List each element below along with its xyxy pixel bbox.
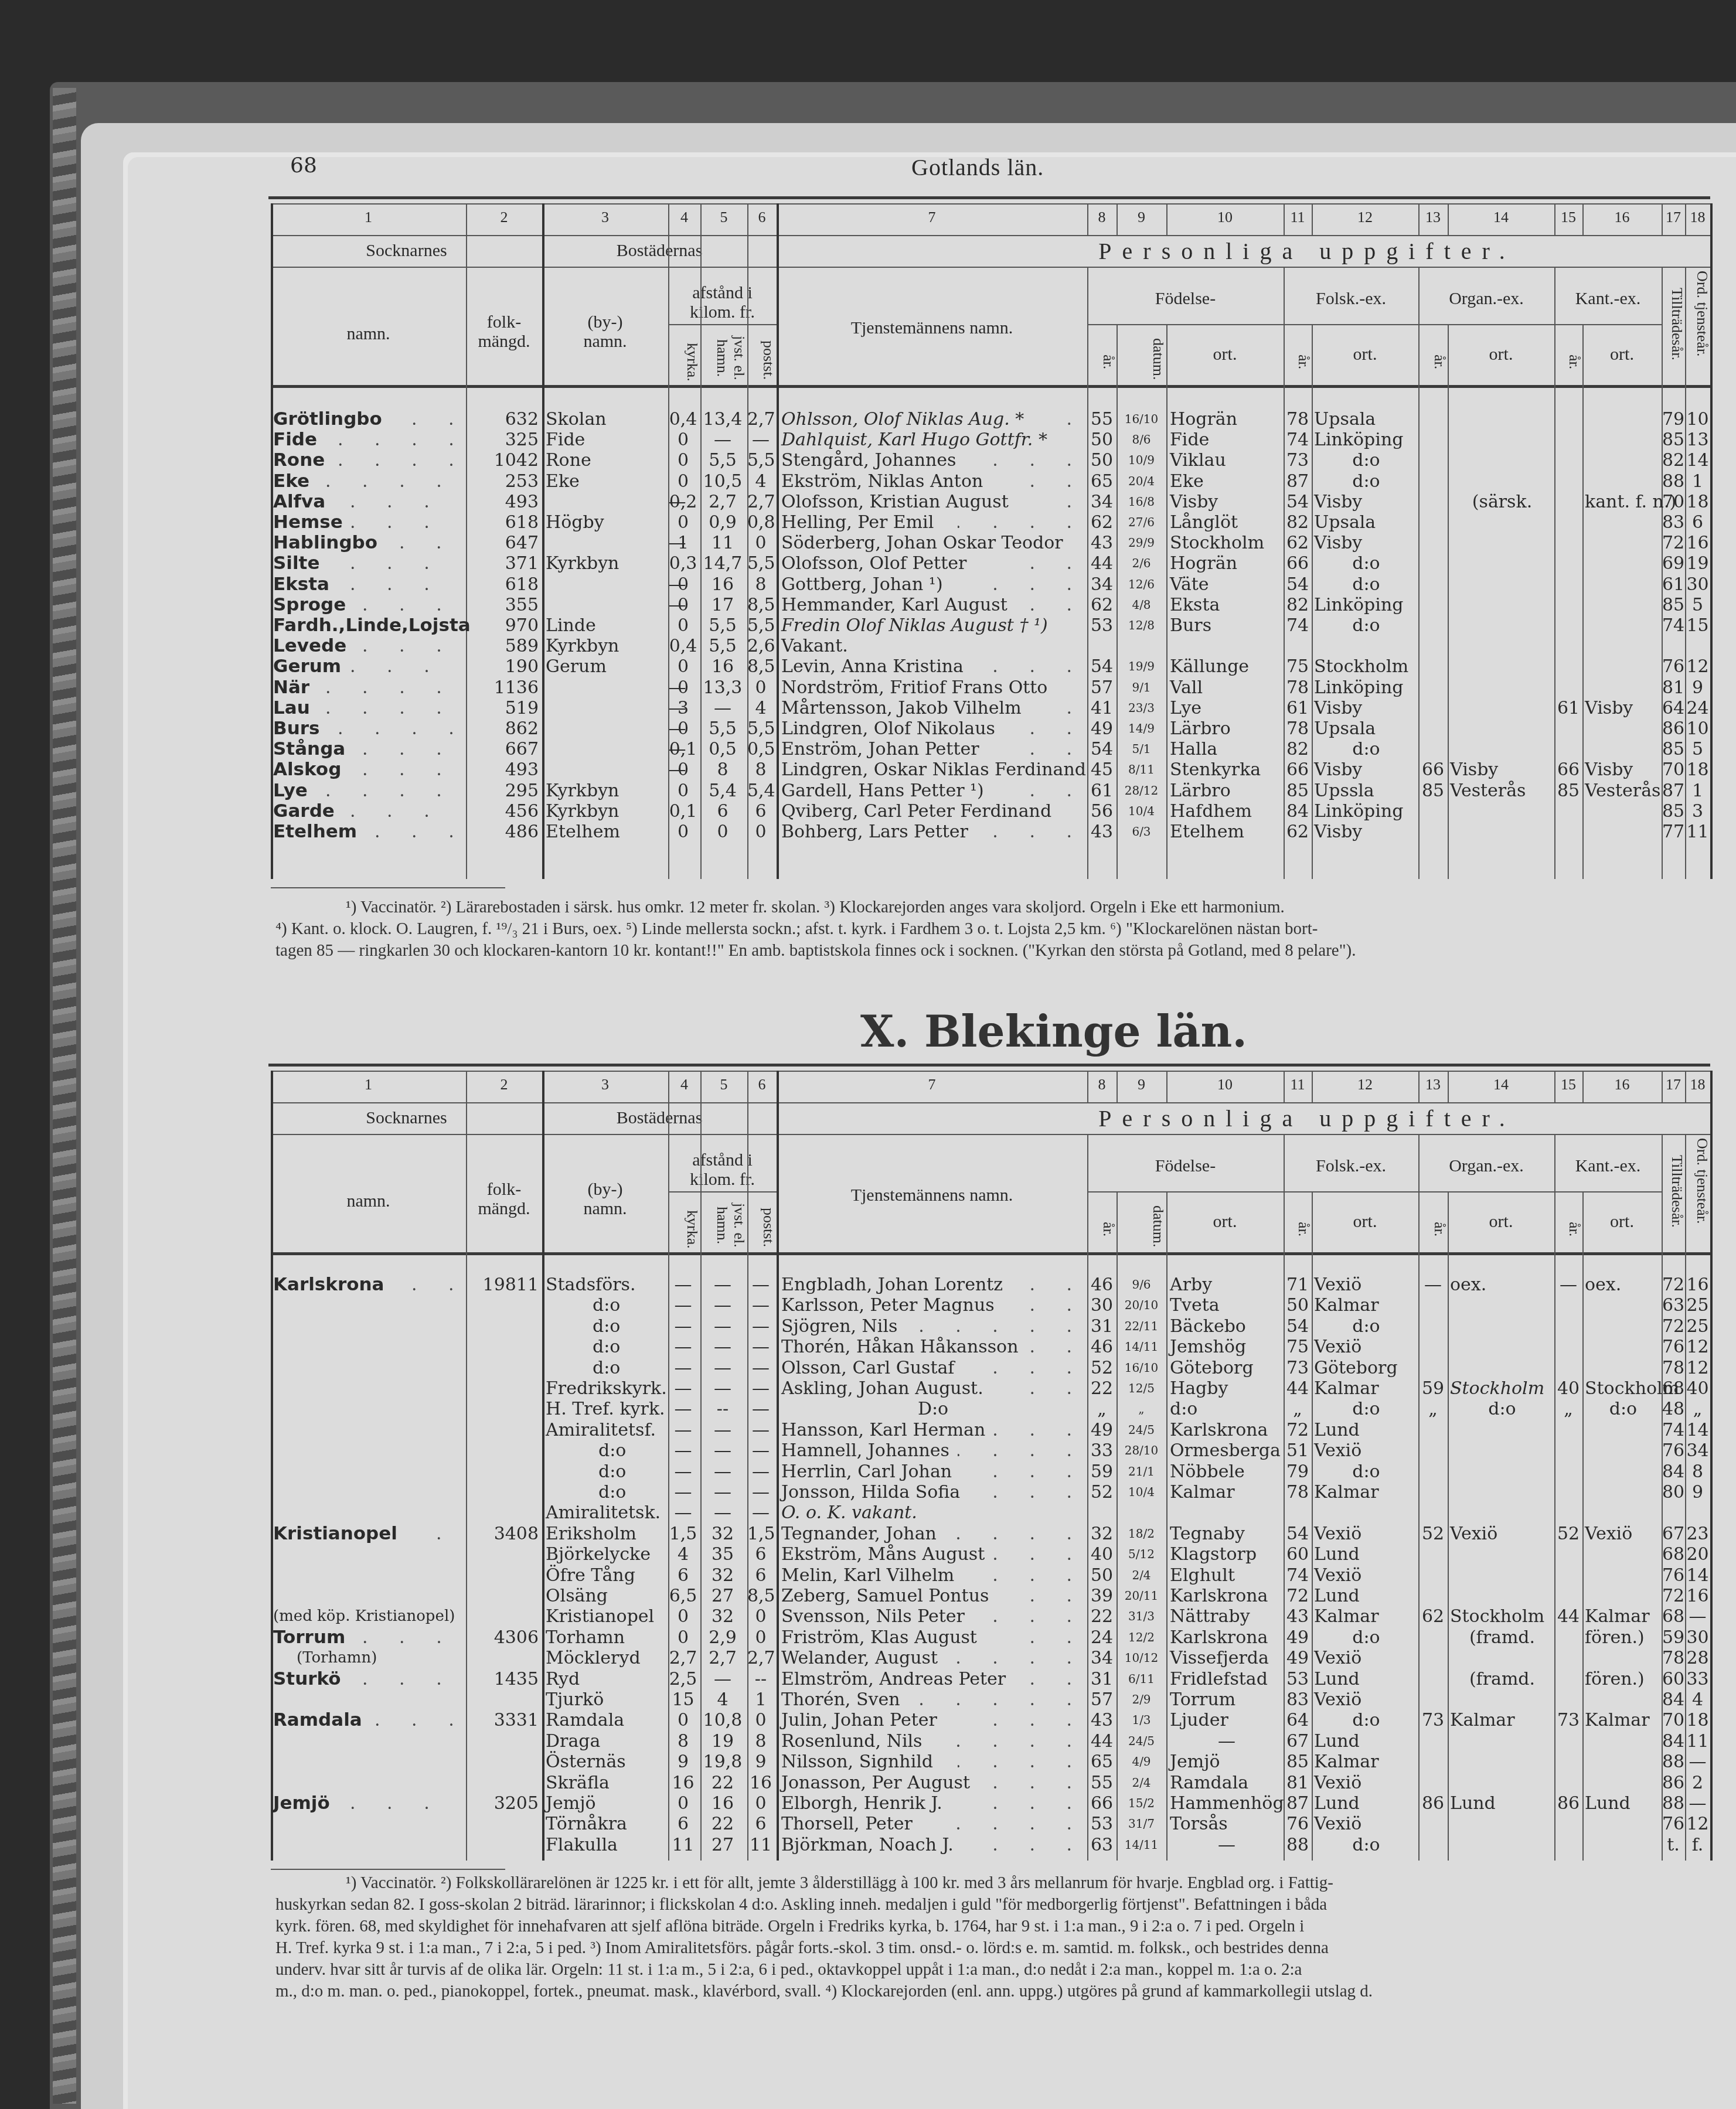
column-number: 1	[271, 209, 466, 226]
folksk-exam-place: Lund	[1314, 1669, 1418, 1689]
service-years: 18	[1685, 759, 1710, 780]
table-rule	[271, 1071, 1710, 1072]
column-number: 18	[1685, 209, 1710, 226]
birth-place	[1170, 1502, 1284, 1523]
folksk-exam-year: 87	[1284, 1793, 1312, 1814]
service-years: 12	[1685, 656, 1710, 677]
kant-exam-year: 52	[1554, 1524, 1582, 1544]
distance-railway: 10,8	[700, 1710, 745, 1730]
column-number: 5	[700, 1076, 747, 1093]
organ-exam-place: (särsk.	[1450, 492, 1554, 512]
birth-date: 9/1	[1117, 677, 1166, 698]
table-row: Alskog. . . . . . . . .493—088Lindgren, …	[0, 759, 1736, 780]
kant-exam-year	[1554, 1358, 1582, 1378]
distance-church: 11	[668, 1835, 698, 1855]
kant-exam-year	[1554, 1337, 1582, 1357]
table-row: d:o———Herrlin, Carl Johan. . . . . . . .…	[0, 1461, 1736, 1482]
folksk-exam-place	[1314, 636, 1418, 656]
distance-church: 0	[668, 471, 698, 492]
leader-dots: . . . . . . . . .	[325, 698, 460, 718]
table-row: Rone. . . . . . . . .1042Rone05,55,5Sten…	[0, 450, 1736, 471]
kant-exam-year	[1554, 1440, 1582, 1461]
folksk-exam-year: 82	[1284, 595, 1312, 615]
birth-date	[1117, 636, 1166, 656]
leader-dots: . . . . . . . . .	[350, 553, 460, 574]
table-row: (med köp. Kristianopel)Kristianopel0320S…	[0, 1606, 1736, 1627]
leader-dots: . . . . . . . . . . . . . .	[1006, 595, 1085, 615]
distance-railway: 32	[700, 1565, 745, 1586]
distance-church: —	[668, 1420, 698, 1440]
header-folkmangd: folk- mängd.	[466, 312, 542, 351]
distance-post: 2,7	[747, 409, 774, 430]
service-years: 8	[1685, 1461, 1710, 1482]
distance-church: 0	[668, 450, 698, 471]
birth-place: Jemjö	[1170, 1752, 1284, 1772]
kant-exam-place	[1585, 1440, 1662, 1461]
table-row: Silte. . . . . . . . .371Kyrkbyn0,314,75…	[0, 553, 1736, 574]
birth-date: 28/12	[1117, 781, 1166, 801]
distance-railway: 5,5	[700, 718, 745, 739]
footnote-line: kyrk. fören. 68, med skyldighet för inne…	[275, 1916, 1706, 1937]
folksk-exam-place: Vexiö	[1314, 1275, 1418, 1295]
birth-year	[1087, 1502, 1117, 1523]
kant-exam-place: Visby	[1585, 759, 1662, 780]
birth-place: Etelhem	[1170, 822, 1284, 842]
organ-exam-place	[1450, 1544, 1554, 1565]
distance-church: 1	[668, 533, 698, 553]
service-years: 25	[1685, 1295, 1710, 1316]
kant-exam-place: Lund	[1585, 1793, 1662, 1814]
distance-railway: 14,7	[700, 553, 745, 574]
population	[466, 1358, 539, 1378]
distance-post: —	[747, 1295, 774, 1316]
population: 618	[466, 512, 539, 533]
village-name: Torhamn	[546, 1627, 668, 1648]
kant-exam-place	[1585, 1586, 1662, 1606]
service-years: 5	[1685, 739, 1710, 759]
organ-exam-year: 66	[1418, 759, 1448, 780]
folksk-exam-place: Linköping	[1314, 430, 1418, 450]
village-name: Kristianopel	[546, 1606, 668, 1627]
organ-exam-place	[1450, 595, 1554, 615]
column-divider	[1554, 1071, 1555, 1102]
organ-exam-place: Lund	[1450, 1793, 1554, 1814]
distance-post: 6	[747, 1565, 774, 1586]
header-ar: år.	[1554, 342, 1582, 383]
header-ort: ort.	[1166, 345, 1284, 364]
population: 3205	[466, 1793, 539, 1814]
accession-year: 70	[1662, 492, 1685, 512]
birth-year: 62	[1087, 595, 1117, 615]
distance-railway: 32	[700, 1524, 745, 1544]
birth-year: 31	[1087, 1669, 1117, 1689]
kant-exam-place	[1585, 615, 1662, 636]
birth-place: Vissefjerda	[1170, 1648, 1284, 1668]
folksk-exam-place: Vexiö	[1314, 1565, 1418, 1586]
population: 618	[466, 574, 539, 595]
village-name: Kyrkbyn	[546, 801, 668, 822]
birth-place: Viklau	[1170, 450, 1284, 471]
kant-exam-place	[1585, 677, 1662, 698]
kant-exam-place: Visby	[1585, 698, 1662, 718]
header-kant-ex: Kant.-ex.	[1554, 1156, 1662, 1176]
table-row: Amiralitetsf.———Hansson, Karl Herman. . …	[0, 1420, 1736, 1440]
accession-year: 87	[1662, 781, 1685, 801]
birth-place: Burs	[1170, 615, 1284, 636]
distance-railway: 27	[700, 1586, 745, 1606]
distance-church: 0,2	[668, 492, 698, 512]
kant-exam-place: fören.)	[1585, 1627, 1662, 1648]
distance-railway: 5,5	[700, 450, 745, 471]
birth-place: Hogrän	[1170, 553, 1284, 574]
population	[466, 1731, 539, 1752]
leader-dots: . . . . . . . . . . . . . .	[977, 1565, 1085, 1586]
accession-year: 83	[1662, 512, 1685, 533]
service-years: 3	[1685, 801, 1710, 822]
distance-railway: —	[700, 1440, 745, 1461]
leader-dots: . . . . . . . . .	[362, 1627, 460, 1648]
distance-post: 5,5	[747, 450, 774, 471]
organ-exam-place	[1450, 698, 1554, 718]
distance-post: 6	[747, 1814, 774, 1834]
kant-exam-place	[1585, 409, 1662, 430]
organ-exam-place	[1450, 1358, 1554, 1378]
kant-exam-place	[1585, 718, 1662, 739]
organ-exam-place	[1450, 430, 1554, 450]
gotland-footnotes: ¹) Vaccinatör. ²) Lärarebostaden i särsk…	[275, 897, 1706, 962]
folksk-exam-place: Visby	[1314, 533, 1418, 553]
organ-exam-year	[1418, 450, 1448, 471]
header-datum: datum.	[1117, 330, 1166, 389]
distance-railway: 27	[700, 1835, 745, 1855]
population	[466, 1648, 539, 1668]
leader-dots: . . . . . . . . . . . . . .	[1016, 718, 1085, 739]
footnote-line: m., d:o m. man. o. ped., pianokoppel, fo…	[275, 1981, 1706, 2002]
distance-railway: 32	[700, 1606, 745, 1627]
birth-date: 8/11	[1117, 759, 1166, 780]
header-socknarnes: Socknarnes	[271, 1108, 542, 1127]
folksk-exam-year: 82	[1284, 512, 1312, 533]
birth-date: 9/6	[1117, 1275, 1166, 1295]
column-number: 6	[747, 1076, 777, 1093]
distance-railway: 16	[700, 574, 745, 595]
column-number: 17	[1662, 209, 1685, 226]
organ-exam-year	[1418, 1669, 1448, 1689]
accession-year: 68	[1662, 1544, 1685, 1565]
column-divider	[1087, 1071, 1088, 1102]
kant-exam-place	[1585, 801, 1662, 822]
distance-post: 0	[747, 533, 774, 553]
accession-year: 85	[1662, 595, 1685, 615]
leader-dots: . . . . . . . . . . . . . .	[996, 1586, 1085, 1606]
service-years: 12	[1685, 1814, 1710, 1834]
kant-exam-place	[1585, 1337, 1662, 1357]
distance-church: 0	[668, 1627, 698, 1648]
column-divider	[1418, 1071, 1420, 1102]
table-rule	[271, 887, 505, 888]
folksk-exam-year: 78	[1284, 677, 1312, 698]
organ-exam-place: (framd.	[1450, 1669, 1554, 1689]
service-years: 2	[1685, 1773, 1710, 1793]
leader-dots: . . . . . . . . .	[362, 739, 460, 759]
kant-exam-place	[1585, 533, 1662, 553]
folksk-exam-place: Visby	[1314, 822, 1418, 842]
kant-exam-place	[1585, 1502, 1662, 1523]
folksk-exam-place: Upsala	[1314, 718, 1418, 739]
folksk-exam-year: 78	[1284, 409, 1312, 430]
table-rule	[668, 1191, 777, 1193]
birth-year: 52	[1087, 1358, 1117, 1378]
organ-exam-place	[1450, 801, 1554, 822]
distance-post: 5,5	[747, 615, 774, 636]
village-name: H. Tref. kyrk.	[546, 1399, 668, 1419]
organ-exam-place	[1450, 822, 1554, 842]
folksk-exam-place: Visby	[1314, 698, 1418, 718]
village-name: Etelhem	[546, 822, 668, 842]
distance-post: 1,5	[747, 1524, 774, 1544]
column-number: 16	[1582, 209, 1662, 226]
organ-exam-place: Stockholm	[1450, 1606, 1554, 1627]
birth-date: 14/9	[1117, 718, 1166, 739]
table-row: Garde. . . . . . . . .456Kyrkbyn0,166Qvi…	[0, 801, 1736, 822]
table-row: Grötlingbo. . . . . . . . .632Skolan0,41…	[0, 409, 1736, 430]
distance-post: 0,5	[747, 739, 774, 759]
population: 190	[466, 656, 539, 677]
kant-exam-place: kant. f. n.)	[1585, 492, 1662, 512]
folksk-exam-year: 49	[1284, 1648, 1312, 1668]
column-divider	[1117, 1071, 1118, 1102]
accession-year: 59	[1662, 1627, 1685, 1648]
birth-year: 46	[1087, 1275, 1117, 1295]
kant-exam-year	[1554, 1316, 1582, 1337]
kant-exam-place	[1585, 512, 1662, 533]
distance-railway: —	[700, 1316, 745, 1337]
accession-year: 70	[1662, 1710, 1685, 1730]
header-afstand: afstånd i kilom. fr.	[668, 1150, 777, 1189]
birth-year: 55	[1087, 1773, 1117, 1793]
official-name: Lindgren, Oskar Niklas Ferdinand	[781, 759, 1085, 780]
header-ort: ort.	[1582, 345, 1662, 364]
distance-church: —	[668, 1482, 698, 1502]
distance-post: —	[747, 1399, 774, 1419]
leader-dots: . . . . . . . . . . . . . .	[1074, 533, 1085, 553]
birth-year: 30	[1087, 1295, 1117, 1316]
birth-year: 39	[1087, 1586, 1117, 1606]
accession-year: 76	[1662, 1565, 1685, 1586]
birth-place: Elghult	[1170, 1565, 1284, 1586]
kant-exam-place: fören.)	[1585, 1669, 1662, 1689]
header-ort: ort.	[1166, 1212, 1284, 1231]
village-name: Möckleryd	[546, 1648, 668, 1668]
column-number: 11	[1284, 209, 1312, 226]
organ-exam-place	[1450, 1835, 1554, 1855]
folksk-exam-place: Linköping	[1314, 801, 1418, 822]
header-kyrka: kyrka.	[668, 333, 700, 391]
folksk-exam-place: Kalmar	[1314, 1295, 1418, 1316]
folksk-exam-year: 79	[1284, 1461, 1312, 1482]
village-name: Tjurkö	[546, 1689, 668, 1710]
accession-year: 61	[1662, 574, 1685, 595]
header-jvst: jvst. el. hamn.	[700, 329, 747, 387]
official-name: Ohlsson, Olof Niklas Aug. *	[781, 409, 1085, 430]
organ-exam-year	[1418, 1482, 1448, 1502]
service-years: 40	[1685, 1378, 1710, 1399]
header-datum: datum.	[1117, 1197, 1166, 1256]
service-years	[1685, 636, 1710, 656]
accession-year: t.	[1662, 1835, 1685, 1855]
header-ar: år.	[1087, 342, 1117, 383]
distance-post: 5,5	[747, 553, 774, 574]
leader-dots: . . . . . . . . . . . . . .	[909, 1689, 1085, 1710]
distance-post: 0	[747, 1710, 774, 1730]
organ-exam-year	[1418, 698, 1448, 718]
distance-railway: —	[700, 1669, 745, 1689]
birth-place: Ljuder	[1170, 1710, 1284, 1730]
birth-date: 14/11	[1117, 1835, 1166, 1855]
organ-exam-place	[1450, 1586, 1554, 1606]
distance-railway: —	[700, 1358, 745, 1378]
birth-year: 55	[1087, 409, 1117, 430]
birth-year: 43	[1087, 1710, 1117, 1730]
kant-exam-year	[1554, 1502, 1582, 1523]
footnote-line: huskyrkan sedan 82. I goss-skolan 2 bitr…	[275, 1894, 1706, 1916]
accession-year: 85	[1662, 739, 1685, 759]
distance-post: 2,7	[747, 492, 774, 512]
distance-church: 16	[668, 1773, 698, 1793]
folksk-exam-place: d:o	[1314, 1461, 1418, 1482]
population: 3331	[466, 1710, 539, 1730]
birth-year: 33	[1087, 1440, 1117, 1461]
distance-church: 9	[668, 1752, 698, 1772]
column-divider	[1284, 1071, 1285, 1102]
header-personliga-uppgifter: Personliga uppgifter.	[952, 1106, 1662, 1132]
accession-year: 76	[1662, 1440, 1685, 1461]
kant-exam-year	[1554, 677, 1582, 698]
birth-year: 41	[1087, 698, 1117, 718]
folksk-exam-place: Upsala	[1314, 512, 1418, 533]
distance-railway: —	[700, 430, 745, 450]
kant-exam-place	[1585, 1752, 1662, 1772]
header-organ-ex: Organ.-ex.	[1418, 289, 1554, 308]
kant-exam-place	[1585, 1544, 1662, 1565]
organ-exam-year	[1418, 512, 1448, 533]
accession-year: 74	[1662, 1420, 1685, 1440]
organ-exam-place	[1450, 739, 1554, 759]
column-divider	[1685, 203, 1686, 235]
kant-exam-year: „	[1554, 1399, 1582, 1419]
folksk-exam-year: 73	[1284, 1358, 1312, 1378]
population: 1136	[466, 677, 539, 698]
leader-dots: . . . . . . . . .	[362, 595, 460, 615]
header-namn: namn.	[271, 324, 466, 343]
service-years: 30	[1685, 574, 1710, 595]
distance-railway: —	[700, 1337, 745, 1357]
header-postst: postst.	[747, 331, 777, 390]
kant-exam-place	[1585, 1731, 1662, 1752]
birth-date: 10/4	[1117, 1482, 1166, 1502]
distance-church: 0	[668, 677, 698, 698]
column-divider	[1166, 203, 1167, 235]
header-ort: ort.	[1448, 345, 1554, 364]
leader-dots: . . . . . . . . . . . . . .	[967, 1835, 1085, 1855]
organ-exam-place	[1450, 1502, 1554, 1523]
accession-year: 63	[1662, 1295, 1685, 1316]
organ-exam-place: d:o	[1450, 1399, 1554, 1419]
kant-exam-place: Stockholm	[1585, 1378, 1662, 1399]
birth-place	[1170, 636, 1284, 656]
distance-church: 3	[668, 698, 698, 718]
birth-year	[1087, 636, 1117, 656]
distance-church: —	[668, 1337, 698, 1357]
birth-date: 16/10	[1117, 1358, 1166, 1378]
organ-exam-year	[1418, 1502, 1448, 1523]
folksk-exam-place: Kalmar	[1314, 1482, 1418, 1502]
organ-exam-place: (framd.	[1450, 1627, 1554, 1648]
leader-dots: . . . . . . . . . . . . . .	[958, 1440, 1085, 1461]
distance-railway: 0,9	[700, 512, 745, 533]
kant-exam-place	[1585, 1648, 1662, 1668]
table-row: Hablingbo. . . . . . . . .647—1110Söderb…	[0, 533, 1736, 553]
birth-place: —	[1170, 1731, 1284, 1752]
folksk-exam-year: 82	[1284, 739, 1312, 759]
organ-exam-year	[1418, 1648, 1448, 1668]
leader-dots: . . . . . . . . . . . . . .	[986, 656, 1085, 677]
table-row: d:o———Olsson, Carl Gustaf. . . . . . . .…	[0, 1358, 1736, 1378]
distance-post: 8	[747, 1731, 774, 1752]
folksk-exam-year: 49	[1284, 1627, 1312, 1648]
village-name: Jemjö	[546, 1793, 668, 1814]
kant-exam-year	[1554, 533, 1582, 553]
service-years: 5	[1685, 595, 1710, 615]
footnote-line: ⁴) Kant. o. klock. O. Laugren, f. ¹⁹/₃ 2…	[275, 918, 1706, 940]
kant-exam-year: 73	[1554, 1710, 1582, 1730]
service-years: 1	[1685, 781, 1710, 801]
parish-name: Fardh.,Linde,Lojsta	[273, 615, 461, 636]
population	[466, 1752, 539, 1772]
kant-exam-place	[1585, 471, 1662, 492]
header-organ-ex: Organ.-ex.	[1418, 1156, 1554, 1176]
village-name: Eriksholm	[546, 1524, 668, 1544]
table-row: Fardh.,Linde,Lojsta970Linde05,55,5Fredin…	[0, 615, 1736, 636]
population: 295	[466, 781, 539, 801]
birth-date: 1/3	[1117, 1710, 1166, 1730]
column-number: 15	[1554, 209, 1582, 226]
birth-year: 22	[1087, 1606, 1117, 1627]
kant-exam-year	[1554, 1627, 1582, 1648]
folksk-exam-place: d:o	[1314, 553, 1418, 574]
table-row: Draga8198Rosenlund, Nils. . . . . . . . …	[0, 1731, 1736, 1752]
distance-railway: 11	[700, 533, 745, 553]
population: 19811	[466, 1275, 539, 1295]
header-kyrka: kyrka.	[668, 1200, 700, 1259]
birth-date: 28/10	[1117, 1440, 1166, 1461]
folksk-exam-year: 62	[1284, 533, 1312, 553]
birth-date	[1117, 1502, 1166, 1523]
kant-exam-year: —	[1554, 1275, 1582, 1295]
table-row: Alfva. . . . . . . . .493—0,22,72,7Olofs…	[0, 492, 1736, 512]
leader-dots: . . . . . . . . . . . . . .	[1083, 430, 1085, 450]
organ-exam-place: Stockholm	[1450, 1378, 1554, 1399]
folksk-exam-place: Upsala	[1314, 409, 1418, 430]
birth-place: —	[1170, 1835, 1284, 1855]
leader-dots: . . . . . . . . . . . . . .	[986, 1606, 1085, 1627]
folksk-exam-year: 53	[1284, 1669, 1312, 1689]
birth-place: Lye	[1170, 698, 1284, 718]
accession-year: 76	[1662, 1814, 1685, 1834]
table-row: Skräfla162216Jonasson, Per August. . . .…	[0, 1773, 1736, 1793]
leader-dots: . . . . . . . . . . . . . .	[1016, 781, 1085, 801]
service-years: 16	[1685, 1275, 1710, 1295]
